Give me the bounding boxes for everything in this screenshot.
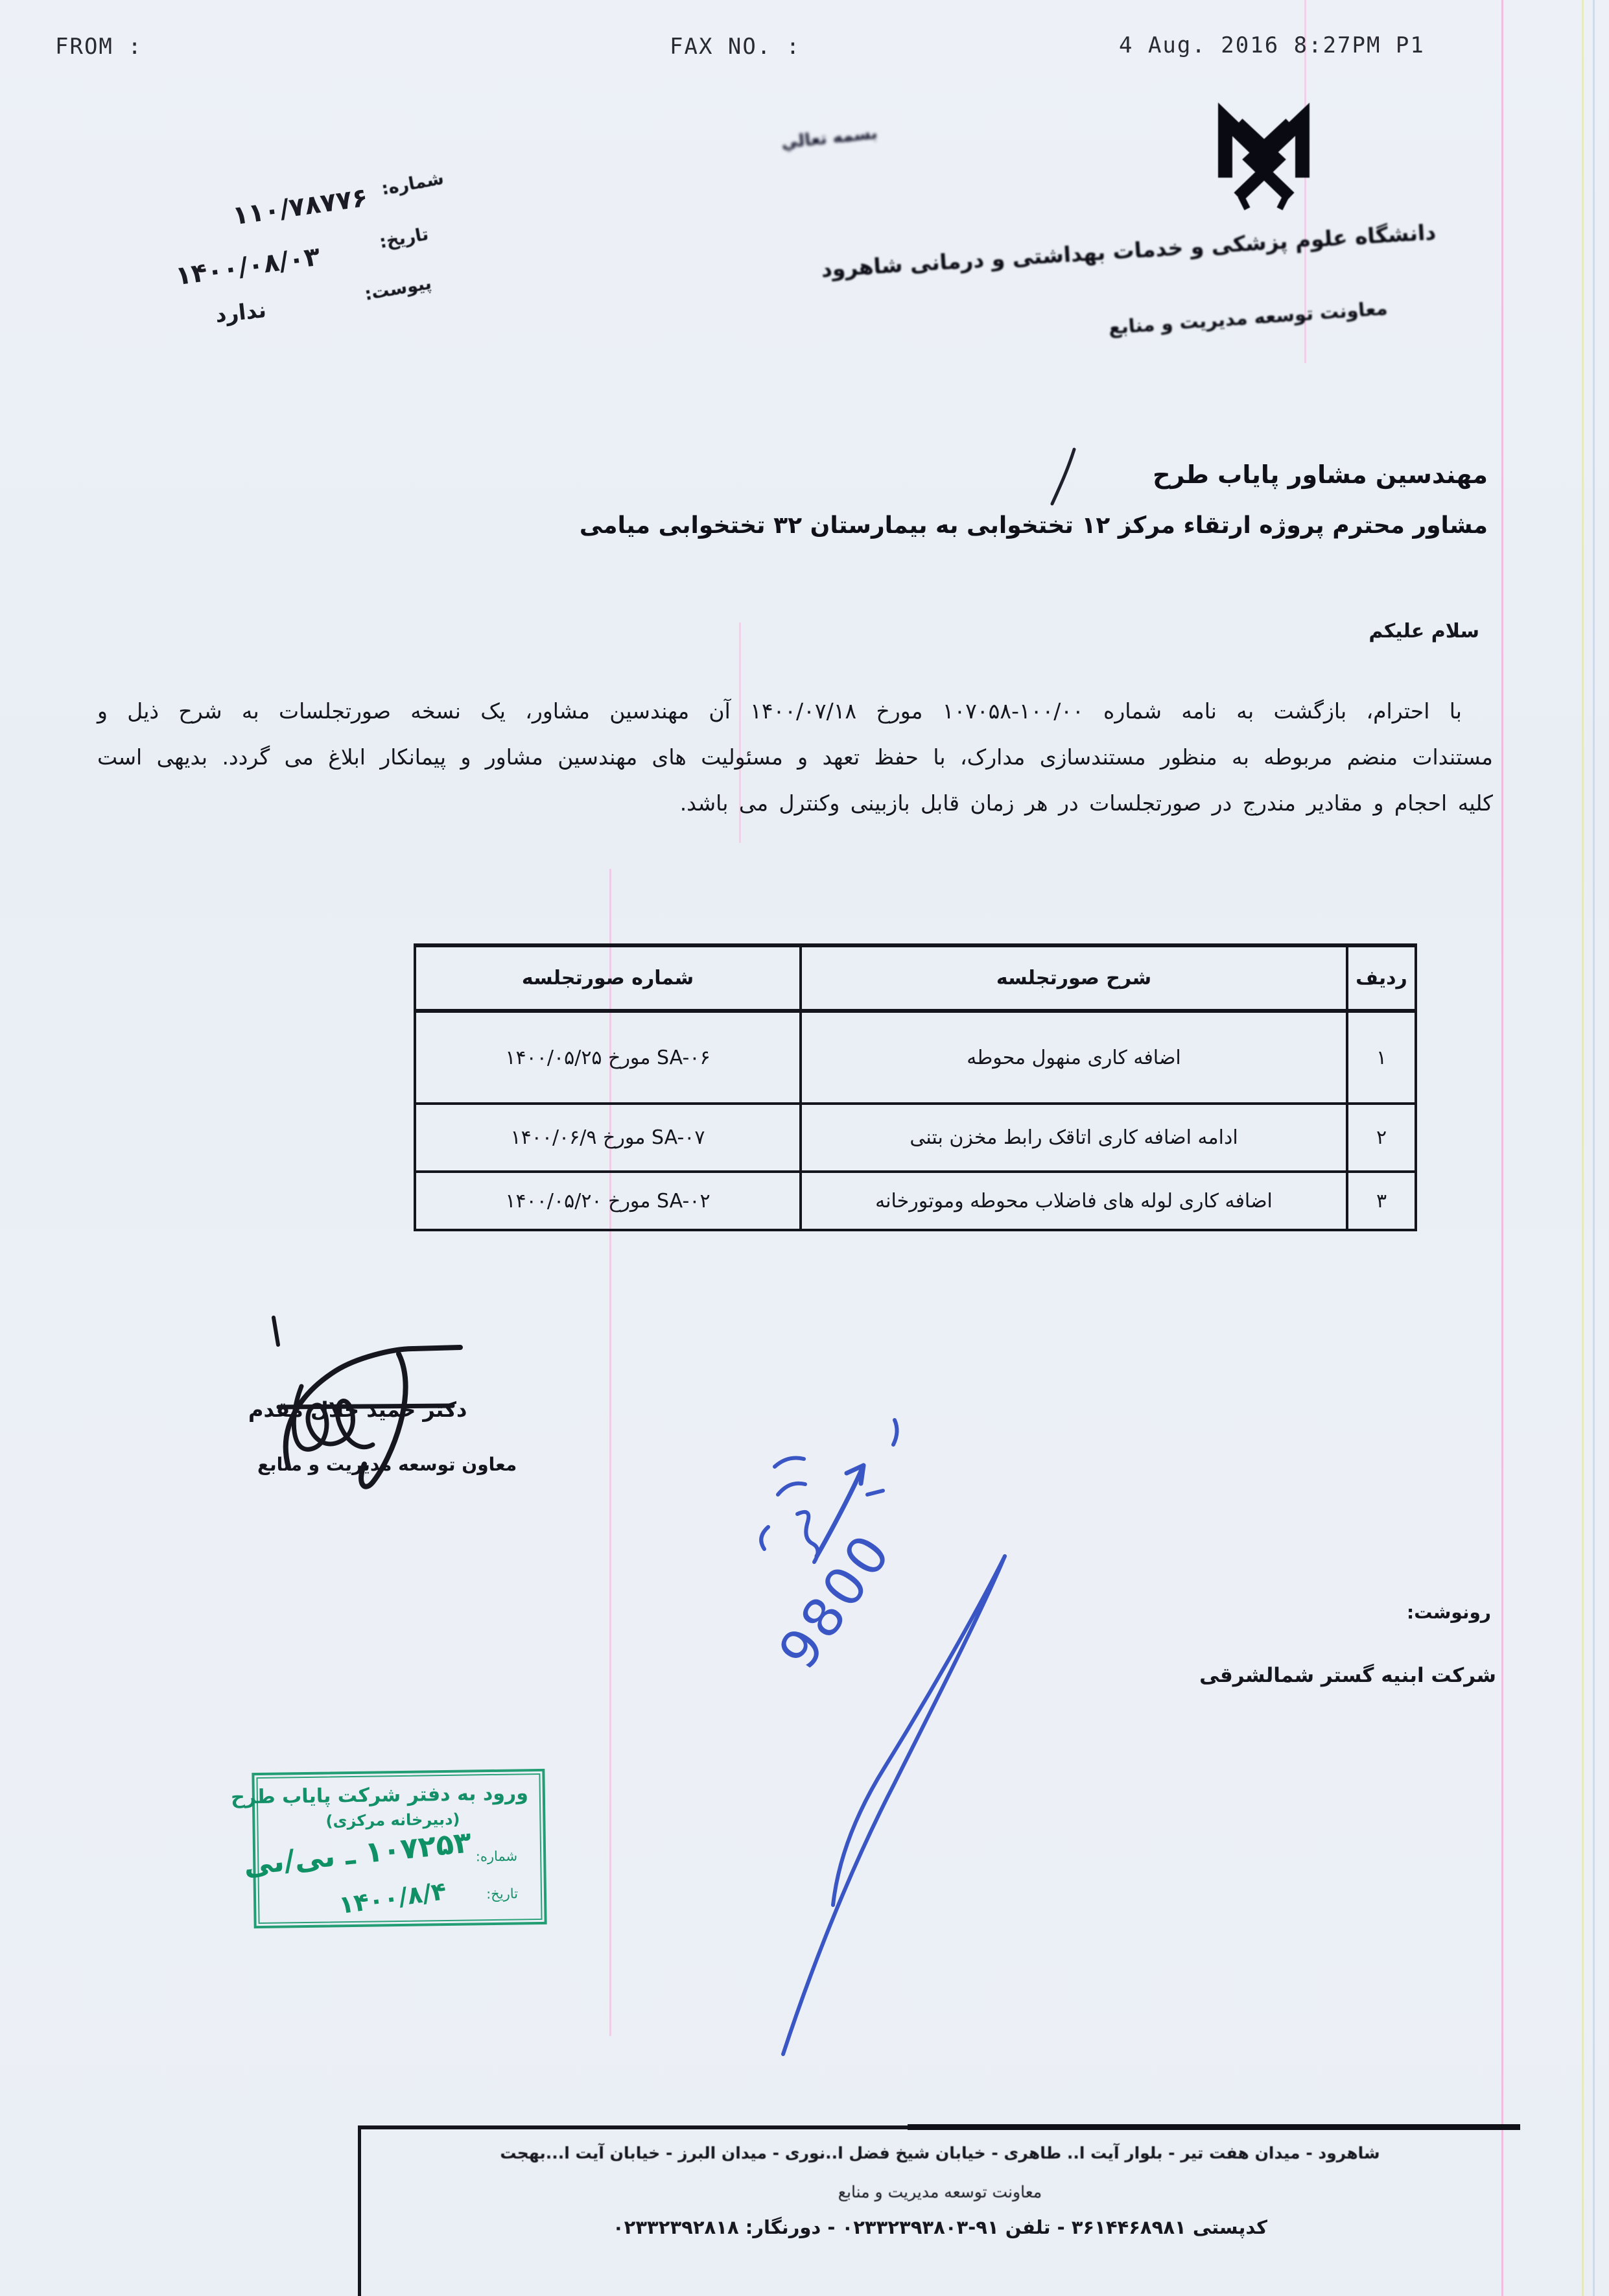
fax-from-label: FROM : xyxy=(55,34,143,60)
cell-number: SA-۰۷ مورخ ۱۴۰۰/۰۶/۹ xyxy=(415,1104,801,1172)
bismillah-text: بسمه تعالي xyxy=(781,123,878,152)
table-row: ۲ ادامه اضافه کاری اتاقک رابط مخزن بتنی … xyxy=(415,1104,1416,1172)
company-entry-stamp: ورود به دفتر شرکت پایاب طرح (دبیرخانه مر… xyxy=(252,1769,546,1928)
table-row: ۳ اضافه کاری لوله های فاضلاب محوطه وموتو… xyxy=(415,1172,1416,1230)
col-header-description: شرح صورتجلسه xyxy=(801,945,1347,1011)
fax-number-label: FAX NO. : xyxy=(670,34,801,60)
copy-to-recipient: شرکت ابنیه گستر شمالشرقی xyxy=(1199,1664,1496,1687)
ref-attachment-label: پیوست: xyxy=(363,273,433,305)
letterhead-university-name: دانشگاه علوم پزشکی و خدمات بهداشتی و درم… xyxy=(821,219,1437,282)
cell-row-no: ۲ xyxy=(1347,1104,1416,1172)
cell-description: ادامه اضافه کاری اتاقک رابط مخزن بتنی xyxy=(801,1104,1347,1172)
cell-number: SA-۰۶ مورخ ۱۴۰۰/۰۵/۲۵ xyxy=(415,1011,801,1104)
body-paragraph-line-3: کلیه احجام و مقادیر مندرج در صورتجلسات د… xyxy=(97,781,1493,826)
copy-to-label: رونوشت: xyxy=(1407,1602,1491,1623)
ref-number-label: شماره: xyxy=(380,169,445,199)
salutation-text: سلام علیکم xyxy=(1368,620,1479,643)
ref-attachment-value: ندارد xyxy=(214,297,267,327)
body-paragraph-line-1: با احترام، بازگشت به نامه شماره ۱۰۰/۰۰-۱… xyxy=(97,689,1493,734)
scan-artifact-line xyxy=(1501,0,1503,2296)
signature-scribble xyxy=(253,1308,467,1503)
recipient-line-1: مهندسین مشاور پایاب طرح xyxy=(1153,460,1488,489)
body-paragraph-line-2: مستندات منضم مربوطه به منظور مستندسازی م… xyxy=(97,735,1493,780)
table-row: ۱ اضافه کاری منهول محوطه SA-۰۶ مورخ ۱۴۰۰… xyxy=(415,1011,1416,1104)
footer-top-rule-heavy xyxy=(908,2124,1520,2130)
minutes-table: ردیف شرح صورتجلسه شماره صورتجلسه ۱ اضافه… xyxy=(414,943,1417,1231)
ref-date-label: تاریخ: xyxy=(378,224,430,253)
stamp-number-label: شماره: xyxy=(476,1848,518,1864)
cell-number: SA-۰۲ مورخ ۱۴۰۰/۰۵/۲۰ xyxy=(415,1172,801,1230)
footer-address: شاهرود - میدان هفت تیر - بلوار آیت ا.. ط… xyxy=(376,2144,1504,2162)
footer-left-rule xyxy=(358,2125,361,2296)
footer-department: معاونت توسعه مدیریت و منابع xyxy=(376,2183,1504,2201)
scan-artifact-line xyxy=(1582,0,1584,2296)
footer-contact: کدپستی ۳۶۱۴۴۶۸۹۸۱ - تلفن ۹۱-۰۲۳۳۲۳۹۳۸۰۳ … xyxy=(376,2216,1504,2238)
cell-row-no: ۳ xyxy=(1347,1172,1416,1230)
cell-row-no: ۱ xyxy=(1347,1011,1416,1104)
stamp-date-label: تاریخ: xyxy=(486,1886,518,1902)
fax-document-page: FROM : FAX NO. : 4 Aug. 2016 8:27PM P1 ب… xyxy=(0,0,1609,2296)
letterhead-deputy-name: معاونت توسعه مدیریت و منابع xyxy=(1107,297,1388,338)
blue-pen-annotations: 9800 xyxy=(700,1394,1063,2107)
minutes-table-wrapper: ردیف شرح صورتجلسه شماره صورتجلسه ۱ اضافه… xyxy=(414,943,1417,1231)
fax-datetime: 4 Aug. 2016 8:27PM P1 xyxy=(1119,32,1425,58)
stamp-title: ورود به دفتر شرکت پایاب طرح xyxy=(231,1782,528,1808)
blue-number-9800: 9800 xyxy=(768,1521,904,1680)
scan-artifact-line xyxy=(1593,0,1595,2296)
col-header-row-no: ردیف xyxy=(1347,945,1416,1011)
recipient-line-2: مشاور محترم پروژه ارتقاء مرکز ۱۲ تختخواب… xyxy=(580,512,1488,539)
cell-description: اضافه کاری لوله های فاضلاب محوطه وموتورخ… xyxy=(801,1172,1347,1230)
table-header-row: ردیف شرح صورتجلسه شماره صورتجلسه xyxy=(415,945,1416,1011)
cell-description: اضافه کاری منهول محوطه xyxy=(801,1011,1347,1104)
ref-date-value: ۱۴۰۰/۰۸/۰۳ xyxy=(174,242,322,292)
pen-slash-mark xyxy=(1047,444,1086,509)
university-logo-icon xyxy=(1214,95,1315,211)
col-header-number: شماره صورتجلسه xyxy=(415,945,801,1011)
ref-number-value: ۱۱۰/۷۸۷۷۶ xyxy=(231,183,370,231)
